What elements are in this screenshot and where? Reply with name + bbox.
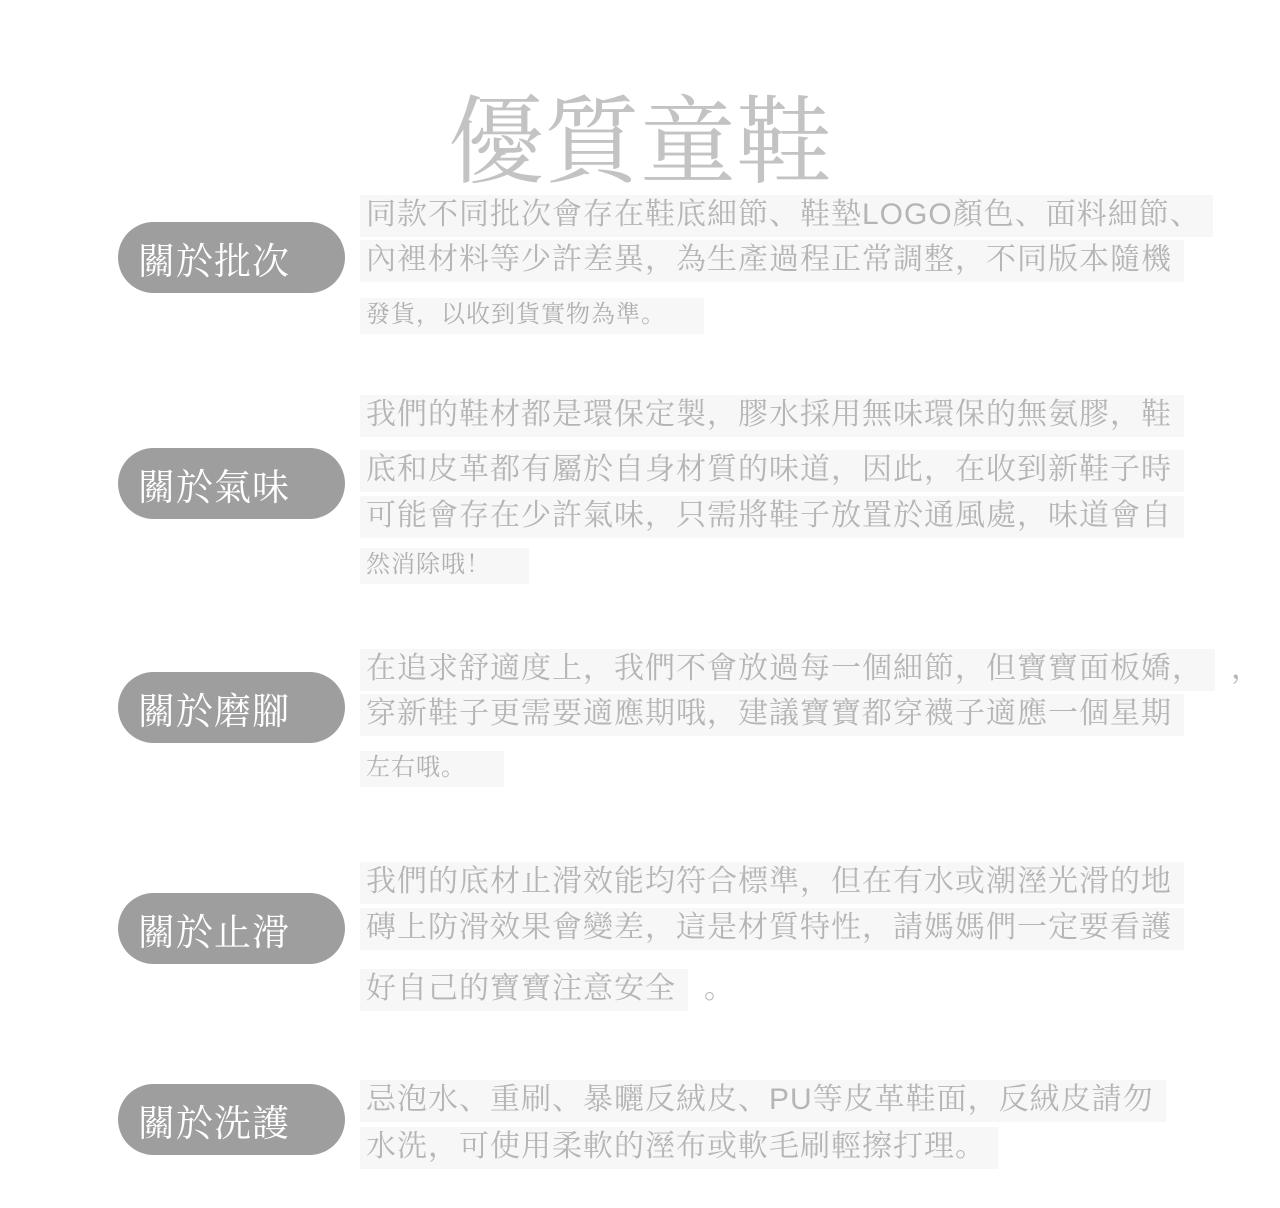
paragraph-line: 左右哦。 — [360, 751, 504, 787]
paragraph-line: 同款不同批次會存在鞋底細節、鞋墊LOGO顏色、面料細節、 — [360, 195, 1213, 237]
detached-comma: ， — [1231, 643, 1262, 687]
line-text: 忌泡水、重刷、暴曬反絨皮、PU等皮革鞋面，反絨皮請勿 — [360, 1080, 1166, 1122]
page-title: 優質童鞋 — [0, 78, 1280, 208]
paragraph-line: 在追求舒適度上，我們不會放過每一個細節，但寶寶面板嬌，， — [360, 643, 1262, 691]
line-text: 好自己的寶寶注意安全 — [360, 969, 688, 1011]
detached-period: 。 — [704, 963, 735, 1007]
section-label-odor: 關於氣味 — [118, 448, 345, 519]
product-description-page: 優質童鞋 關於批次 同款不同批次會存在鞋底細節、鞋墊LOGO顏色、面料細節、 內… — [0, 0, 1280, 1208]
section-label-rubbing: 關於磨腳 — [118, 672, 345, 743]
paragraph-line: 可能會存在少許氣味，只需將鞋子放置於通風處，味道會自 — [360, 496, 1184, 538]
paragraph-line: 忌泡水、重刷、暴曬反絨皮、PU等皮革鞋面，反絨皮請勿 — [360, 1080, 1166, 1122]
paragraph-line: 然消除哦！ — [360, 548, 529, 584]
line-text: 穿新鞋子更需要適應期哦，建議寶寶都穿襪子適應一個星期 — [360, 694, 1184, 736]
line-text: 內裡材料等少許差異，為生產過程正常調整，不同版本隨機 — [360, 240, 1184, 282]
paragraph-line: 我們的鞋材都是環保定製，膠水採用無味環保的無氨膠，鞋 — [360, 395, 1184, 437]
line-text: 磚上防滑效果會變差，這是材質特性，請媽媽們一定要看護 — [360, 908, 1184, 950]
line-text: 可能會存在少許氣味，只需將鞋子放置於通風處，味道會自 — [360, 496, 1184, 538]
line-text: 我們的底材止滑效能均符合標準，但在有水或潮溼光滑的地 — [360, 862, 1184, 904]
line-text: 在追求舒適度上，我們不會放過每一個細節，但寶寶面板嬌， — [360, 649, 1215, 691]
line-text: 同款不同批次會存在鞋底細節、鞋墊LOGO顏色、面料細節、 — [360, 195, 1213, 237]
line-text: 水洗，可使用柔軟的溼布或軟毛刷輕擦打理。 — [360, 1127, 998, 1169]
paragraph-line: 水洗，可使用柔軟的溼布或軟毛刷輕擦打理。 — [360, 1127, 998, 1169]
paragraph-line: 好自己的寶寶注意安全。 — [360, 963, 735, 1011]
line-text: 左右哦。 — [360, 751, 504, 787]
section-label-care: 關於洗護 — [118, 1084, 345, 1155]
line-text: 我們的鞋材都是環保定製，膠水採用無味環保的無氨膠，鞋 — [360, 395, 1184, 437]
paragraph-line: 內裡材料等少許差異，為生產過程正常調整，不同版本隨機 — [360, 240, 1184, 282]
section-label-antislip: 關於止滑 — [118, 893, 345, 964]
paragraph-line: 我們的底材止滑效能均符合標準，但在有水或潮溼光滑的地 — [360, 862, 1184, 904]
paragraph-line: 發貨，以收到貨實物為準。 — [360, 298, 704, 334]
line-text: 然消除哦！ — [360, 548, 529, 584]
paragraph-line: 磚上防滑效果會變差，這是材質特性，請媽媽們一定要看護 — [360, 908, 1184, 950]
line-text: 發貨，以收到貨實物為準。 — [360, 298, 704, 334]
paragraph-line: 穿新鞋子更需要適應期哦，建議寶寶都穿襪子適應一個星期 — [360, 694, 1184, 736]
paragraph-line: 底和皮革都有屬於自身材質的味道，因此，在收到新鞋子時 — [360, 450, 1184, 492]
line-text: 底和皮革都有屬於自身材質的味道，因此，在收到新鞋子時 — [360, 450, 1184, 492]
section-label-batch: 關於批次 — [118, 222, 345, 293]
